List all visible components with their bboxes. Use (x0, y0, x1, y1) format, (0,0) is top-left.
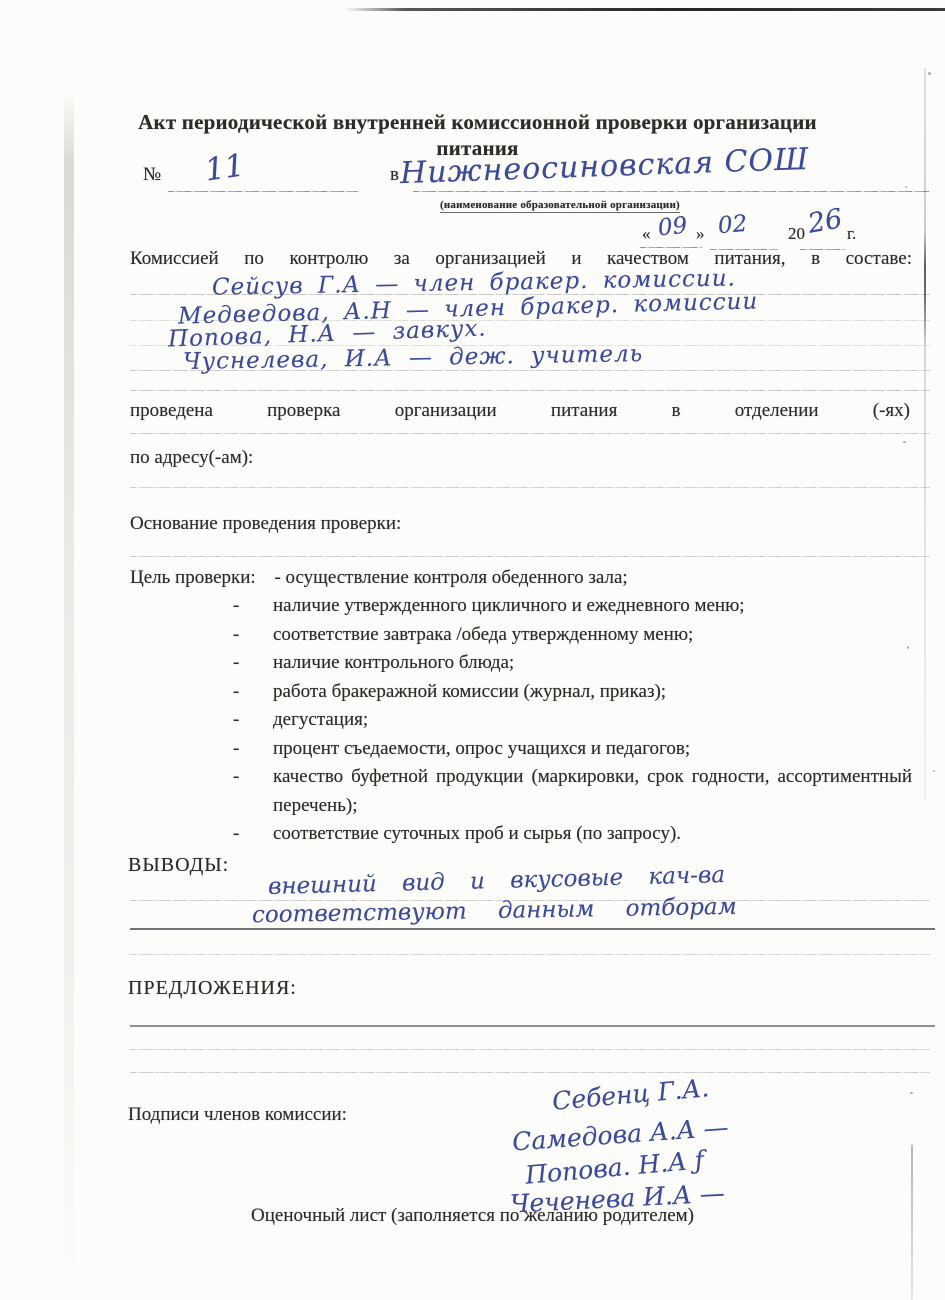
purpose-item: - наличие утвержденного цикличного и еже… (225, 592, 912, 621)
bullet-dash: - (233, 735, 239, 764)
purpose-item-text: процент съедаемости, опрос учащихся и пе… (273, 738, 690, 759)
purpose-item-text: качество буфетной продукции (маркировки,… (273, 766, 912, 816)
act-number-label: № (143, 164, 161, 186)
conclusions-label: ВЫВОДЫ: (128, 854, 229, 877)
org-name-caption: (наименование образовательной организаци… (440, 199, 680, 213)
date-year-handwritten: 26 (806, 203, 845, 239)
ruled-line (130, 320, 930, 321)
ruled-line (130, 928, 935, 930)
date-close-quote: » (696, 224, 705, 244)
purpose-item: - качество буфетной продукции (маркировк… (225, 763, 912, 820)
purpose-item: - соответствие завтрака /обеда утвержден… (225, 621, 912, 650)
ruled-line (130, 487, 930, 488)
ruled-line (130, 1049, 930, 1050)
footer-note: Оценочный лист (заполняется по желанию р… (0, 1205, 945, 1227)
org-name-underline (413, 191, 930, 192)
document-title-line1: Акт периодической внутренней комиссионно… (80, 110, 875, 135)
conclusions-handwriting-line2: соответствуют данным отборам (252, 894, 737, 928)
purpose-item: - соответствие суточных проб и сырья (по… (225, 820, 912, 849)
bullet-dash: - (233, 621, 239, 650)
ruled-line (130, 433, 930, 434)
ruled-line (130, 954, 930, 955)
bullet-dash: - (233, 763, 239, 792)
purpose-first-item: - осуществление контроля обеденного зала… (274, 567, 627, 588)
date-month-handwritten: 02 (717, 211, 748, 239)
page-left-edge-shadow (64, 92, 74, 1300)
ruled-line (130, 1072, 930, 1073)
ruled-line (130, 390, 930, 391)
date-open-quote: « (642, 224, 651, 244)
address-label: по адресу(-ам): (130, 447, 253, 469)
bullet-dash: - (233, 592, 239, 621)
signature-1: Себенц Г.А. (551, 1073, 710, 1116)
date-year-suffix: г. (847, 224, 856, 244)
date-year-prefix: 20 (788, 224, 805, 244)
purpose-item-text: наличие контрольного блюда; (273, 652, 514, 673)
signatures-label: Подписи членов комиссии: (128, 1104, 347, 1126)
bullet-dash: - (233, 649, 239, 678)
purpose-list: - наличие утвержденного цикличного и еже… (225, 592, 912, 849)
purpose-line: Цель проверки: - осуществление контроля … (130, 567, 912, 589)
ruled-line (130, 556, 930, 557)
ruled-line (130, 1025, 935, 1027)
act-number-value-handwritten: 11 (203, 147, 247, 188)
purpose-item-text: наличие утвержденного цикличного и ежедн… (273, 595, 745, 616)
purpose-item-text: соответствие суточных проб и сырья (по з… (273, 823, 681, 844)
purpose-item-text: соответствие завтрака /обеда утвержденно… (273, 624, 693, 645)
bullet-dash: - (233, 678, 239, 707)
purpose-item: - дегустация; (225, 706, 912, 735)
conducted-check-line: проведена проверка организации питания в… (130, 400, 910, 422)
purpose-item-text: работа бракеражной комиссии (журнал, при… (273, 681, 666, 702)
act-number-underline (168, 191, 358, 192)
suggestions-label: ПРЕДЛОЖЕНИЯ: (128, 977, 297, 1000)
date-day-handwritten: 09 (657, 213, 689, 242)
bullet-dash: - (233, 820, 239, 849)
scanned-document: Акт периодической внутренней комиссионно… (0, 0, 945, 1300)
bullet-dash: - (233, 706, 239, 735)
commission-intro: Комиссией по контролю за организацией и … (130, 248, 912, 270)
basis-label: Основание проведения проверки: (130, 513, 401, 535)
preposition-in-label: в (390, 164, 399, 186)
purpose-item: - процент съедаемости, опрос учащихся и … (225, 735, 912, 764)
purpose-item: - работа бракеражной комиссии (журнал, п… (225, 678, 912, 707)
purpose-item-text: дегустация; (273, 709, 368, 730)
ruled-line (130, 370, 930, 371)
purpose-item: - наличие контрольного блюда; (225, 649, 912, 678)
purpose-label: Цель проверки: (130, 567, 256, 588)
scan-right-streak (924, 68, 926, 802)
scan-top-edge-line (345, 8, 945, 11)
